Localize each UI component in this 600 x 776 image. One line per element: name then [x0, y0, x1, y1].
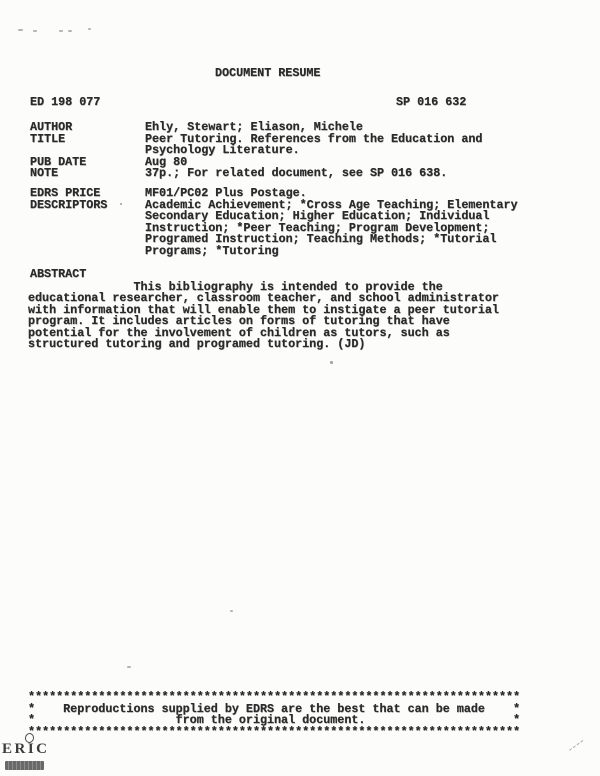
ed-number: ED 198 077: [30, 97, 100, 109]
scan-speck: [18, 29, 23, 31]
field-value-note: 37p.; For related document, see SP 016 6…: [145, 168, 447, 180]
scan-speck: [120, 203, 122, 205]
scan-speck: [33, 30, 37, 32]
field-label-note: NOTE: [30, 168, 58, 180]
eric-logo-text: ERIC: [2, 741, 50, 758]
field-value-descriptors-line-5: Programs; *Tutoring: [145, 246, 279, 258]
scan-speck: [127, 666, 131, 668]
scan-speck: [88, 28, 91, 30]
edrs-notice-border-bottom: ****************************************…: [28, 727, 520, 739]
scan-speck: [230, 610, 233, 612]
scan-speck: [68, 30, 72, 32]
clearinghouse-number: SP 016 632: [396, 97, 466, 109]
eric-logo: ERIC: [0, 731, 60, 775]
field-label-descriptors: DESCRIPTORS: [30, 200, 107, 212]
field-label-title: TITLE: [30, 134, 65, 146]
eric-logo-caption-box: [5, 761, 44, 770]
scan-speck: [59, 30, 63, 32]
scan-slash-mark: [569, 740, 583, 751]
abstract-text-line-6: structured tutoring and programed tutori…: [28, 339, 365, 351]
scan-speck: [330, 361, 333, 364]
scanned-document-page: DOCUMENT RESUME ED 198 077 SP 016 632 AU…: [0, 0, 600, 776]
abstract-label: ABSTRACT: [30, 269, 86, 281]
document-resume-header: DOCUMENT RESUME: [215, 68, 320, 80]
